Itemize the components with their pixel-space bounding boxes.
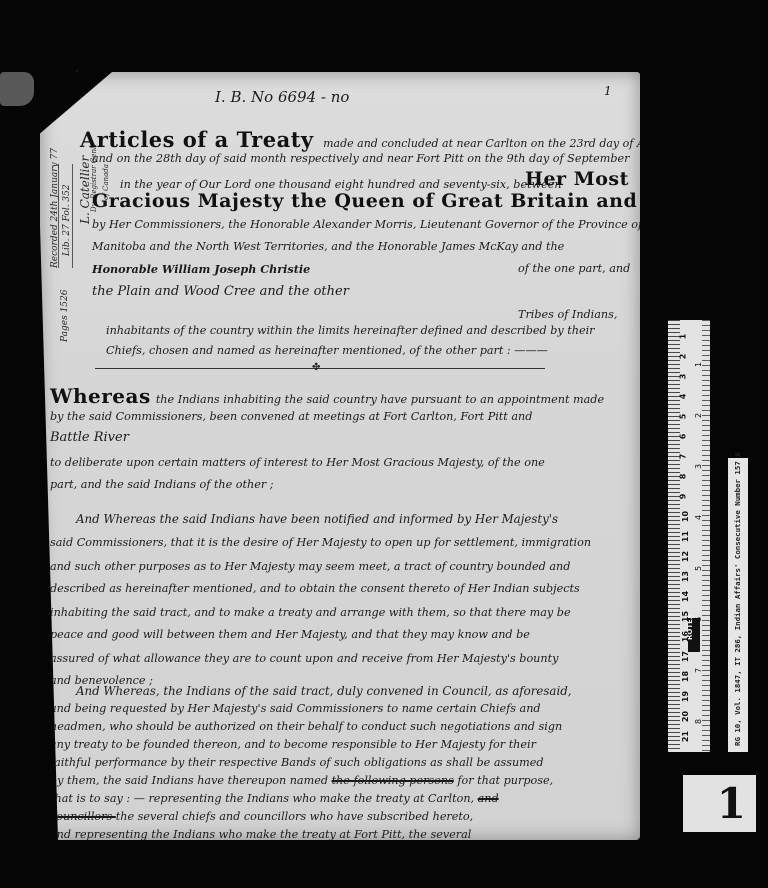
text-line: inhabiting the said tract, and to make a… — [50, 606, 571, 619]
ruler-cm-label: 21 — [681, 731, 690, 742]
struck-text: the following persons — [332, 774, 454, 787]
text-segment: the several chiefs and councillors who h… — [116, 810, 473, 823]
measurement-ruler: ROTEX 1234567891011121314151617181920211… — [668, 320, 710, 752]
text-line: And Whereas the said Indians have been n… — [76, 512, 558, 526]
ruler-inch-label: 2 — [694, 413, 703, 418]
text-line: that is to say : — representing the Indi… — [50, 792, 499, 805]
page-number: 1 — [604, 84, 612, 98]
text-line: Tribes of Indians, — [518, 308, 617, 321]
ruler-cm-label: 13 — [681, 571, 690, 582]
ruler-inch-label: 6 — [694, 617, 703, 622]
ruler-cm-label: 15 — [681, 611, 690, 622]
ruler-inch-label: 3 — [694, 464, 703, 469]
gothic-heading: Her Most — [525, 168, 629, 190]
text-line: any treaty to be founded thereon, and to… — [50, 738, 536, 751]
ruler-cm-label: 18 — [681, 671, 690, 682]
torn-paper-fragment — [0, 72, 34, 106]
frame-number-card: 1 — [683, 775, 756, 832]
struck-text: councillors — [50, 810, 116, 823]
text-segment: by them, the said Indians have thereupon… — [50, 774, 328, 787]
text-line: Honorable William Joseph Christie — [92, 262, 310, 276]
ruler-inch-label: 7 — [694, 668, 703, 673]
text-line: and being requested by Her Majesty's sai… — [50, 702, 541, 715]
ruler-cm-label: 14 — [681, 591, 690, 602]
text-line: by Her Commissioners, the Honorable Alex… — [92, 218, 642, 231]
text-line: to deliberate upon certain matters of in… — [50, 456, 545, 469]
text-line: Battle River — [50, 430, 129, 445]
margin-note-liber: Lib. 27 Fol. 352 — [62, 184, 72, 256]
ruler-cm-label: 19 — [681, 691, 690, 702]
frame-number: 1 — [717, 779, 746, 828]
text-segment: and representing the Indians who make th… — [50, 828, 471, 841]
treaty-title: Articles of a Treaty — [80, 127, 314, 152]
text-line: the Plain and Wood Cree and the other — [92, 284, 349, 299]
ruler-cm-label: 7 — [678, 454, 687, 460]
treaty-page: I. B. No 6694 - no 1 Recorded 24th Janua… — [40, 72, 640, 840]
ruler-cm-label: 1 — [678, 334, 687, 340]
text-segment: that is to say : — representing the Indi… — [50, 792, 478, 805]
ruler-cm-label: 16 — [681, 631, 690, 642]
ruler-cm-label: 2 — [678, 354, 687, 360]
gothic-heading: Gracious Majesty the Queen of Great Brit… — [92, 190, 733, 212]
ruler-cm-label: 12 — [681, 551, 690, 562]
whereas-heading: Whereas — [50, 384, 151, 408]
ruler-inch-label: 4 — [694, 515, 703, 520]
text-line: made and concluded at near Carlton on th… — [323, 137, 676, 150]
text-line: described as hereinafter mentioned, and … — [50, 582, 580, 595]
ruler-inch-label: 5 — [694, 566, 703, 571]
margin-rule — [72, 164, 73, 268]
ruler-inch-ticks — [702, 320, 710, 752]
margin-note-pages: Pages 1526 — [60, 290, 70, 343]
text-line: of the one part, and — [518, 262, 630, 275]
text-line: the Indians inhabiting the said country … — [156, 393, 604, 406]
text-line: inhabitants of the country within the li… — [106, 324, 595, 337]
ruler-cm-label: 3 — [678, 374, 687, 380]
ruler-cm-ticks — [668, 320, 680, 752]
text-line: and such other purposes as to Her Majest… — [50, 560, 570, 573]
archive-label: RG 10, Vol. 1847, IT 286, Indian Affairs… — [728, 458, 748, 752]
ruler-cm-label: 10 — [681, 511, 690, 522]
text-line: and on the 28th day of said month respec… — [92, 152, 629, 165]
text-line: by the said Commissioners, been convened… — [50, 410, 532, 423]
ruler-inch-label: 1 — [694, 362, 703, 367]
text-segment: for that purpose, — [457, 774, 553, 787]
text-line-with-strike: by them, the said Indians have thereupon… — [50, 774, 553, 787]
ruler-cm-label: 17 — [681, 651, 690, 662]
text-line: And Whereas, the Indians of the said tra… — [76, 684, 572, 698]
margin-note-recorded: Recorded 24th January 77 — [50, 148, 60, 268]
ruler-cm-label: 6 — [678, 434, 687, 440]
struck-text: and — [478, 792, 499, 805]
text-line: peace and good will between them and Her… — [50, 628, 530, 641]
text-line: assured of what allowance they are to co… — [50, 652, 558, 665]
text-line: headmen, who should be authorized on the… — [50, 720, 562, 733]
reference-number: I. B. No 6694 - no — [215, 88, 349, 106]
title-line: Articles of a Treaty made and concluded … — [80, 127, 676, 152]
archive-label-text: RG 10, Vol. 1847, IT 286, Indian Affairs… — [733, 452, 742, 746]
text-line: Chiefs, chosen and named as hereinafter … — [106, 344, 548, 357]
ruler-cm-label: 9 — [678, 494, 687, 500]
ruler-cm-label: 4 — [678, 394, 687, 400]
text-line: Manitoba and the North West Territories,… — [92, 240, 564, 253]
text-line: part, and the said Indians of the other … — [50, 478, 274, 491]
text-line: and representing the Indians who make th… — [50, 828, 471, 841]
ruler-inch-label: 8 — [694, 719, 703, 724]
ruler-cm-label: 8 — [678, 474, 687, 480]
divider-ornament: ✤ — [312, 362, 320, 373]
ruler-cm-label: 5 — [678, 414, 687, 420]
text-line: said Commissioners, that it is the desir… — [50, 536, 591, 549]
ruler-cm-label: 11 — [681, 531, 690, 542]
whereas-line: Whereas the Indians inhabiting the said … — [50, 384, 604, 408]
text-line: faithful performance by their respective… — [50, 756, 544, 769]
text-line: councillors the several chiefs and counc… — [50, 810, 473, 823]
ruler-cm-label: 20 — [681, 711, 690, 722]
